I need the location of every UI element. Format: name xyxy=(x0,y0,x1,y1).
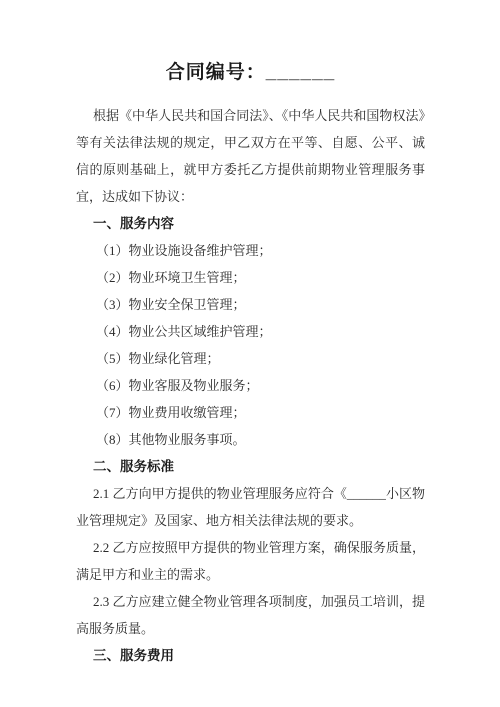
service-standards-clause-2-3: 2.3 乙方应建立健全物业管理各项制度，加强员工培训，提高服务质量。 xyxy=(76,588,425,642)
service-content-item-1: （1）物业设施设备维护管理； xyxy=(76,237,425,264)
service-content-item-8: （8）其他物业服务事项。 xyxy=(76,426,425,453)
intro-paragraph: 根据《中华人民共和国合同法》、《中华人民共和国物权法》等有关法律法规的规定，甲乙… xyxy=(76,102,425,210)
service-standards-clause-2-2: 2.2 乙方应按照甲方提供的物业管理方案，确保服务质量，满足甲方和业主的需求。 xyxy=(76,534,425,588)
service-content-item-2: （2）物业环境卫生管理； xyxy=(76,264,425,291)
service-standards-clause-2-1: 2.1 乙方向甲方提供的物业管理服务应符合《______小区物业管理规定》及国家… xyxy=(76,480,425,534)
service-content-item-7: （7）物业费用收缴管理； xyxy=(76,399,425,426)
section-heading-service-fees: 三、服务费用 xyxy=(76,642,425,669)
service-content-item-5: （5）物业绿化管理； xyxy=(76,345,425,372)
service-content-item-4: （4）物业公共区域维护管理； xyxy=(76,318,425,345)
contract-number-title: 合同编号：______ xyxy=(76,58,425,88)
contract-document-page: 合同编号：______ 根据《中华人民共和国合同法》、《中华人民共和国物权法》等… xyxy=(0,0,500,707)
service-content-item-3: （3）物业安全保卫管理； xyxy=(76,291,425,318)
service-content-item-6: （6）物业客服及物业服务； xyxy=(76,372,425,399)
section-heading-service-content: 一、服务内容 xyxy=(76,210,425,237)
section-heading-service-standards: 二、服务标准 xyxy=(76,453,425,480)
